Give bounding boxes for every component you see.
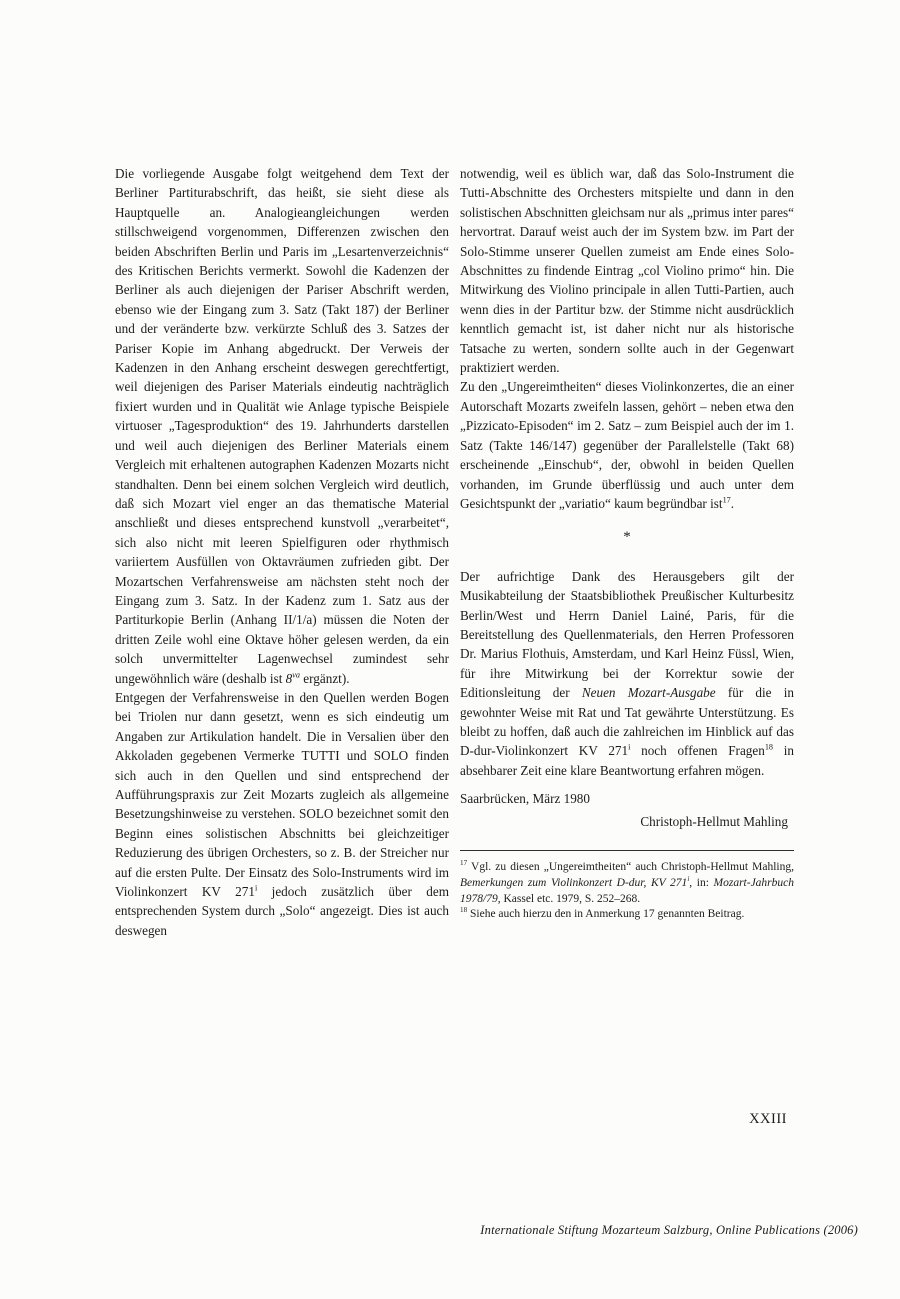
- paragraph-edition-sources: Die vorliegende Ausgabe folgt weitgehend…: [115, 164, 449, 688]
- text-run: Der aufrichtige Dank des Herausgebers gi…: [460, 569, 794, 700]
- scanned-document-page: Die vorliegende Ausgabe folgt weitgehend…: [0, 0, 900, 1299]
- right-column: notwendig, weil es üblich war, daß das S…: [460, 164, 794, 940]
- footnote-18: 18 Siehe auch hierzu den in Anmerkung 17…: [460, 907, 794, 923]
- footnote-17: 17 Vgl. zu diesen „Ungereimtheiten“ auch…: [460, 860, 794, 907]
- paragraph-solo-continuation: notwendig, weil es üblich war, daß das S…: [460, 164, 794, 377]
- section-separator-asterisk: *: [460, 528, 794, 547]
- paragraph-acknowledgements: Der aufrichtige Dank des Herausgebers gi…: [460, 567, 794, 780]
- page-number: XXIII: [460, 1111, 794, 1128]
- footer-credit: Internationale Stiftung Mozarteum Salzbu…: [480, 1223, 858, 1238]
- left-column: Die vorliegende Ausgabe folgt weitgehend…: [115, 164, 449, 940]
- text-columns: Die vorliegende Ausgabe folgt weitgehend…: [0, 0, 900, 940]
- dateline: Saarbrücken, März 1980: [460, 789, 794, 808]
- text-run: ergänzt).: [300, 671, 350, 686]
- text-run: notwendig, weil es üblich war, daß das S…: [460, 166, 794, 375]
- text-run: Vgl. zu diesen „Ungereimtheiten“ auch Ch…: [467, 861, 794, 873]
- work-title-italic: Neuen Mozart-Ausgabe: [582, 685, 716, 700]
- text-run: Siehe auch hierzu den in Anmerkung 17 ge…: [467, 908, 744, 920]
- footnote-ref-17: 17: [723, 496, 731, 505]
- footnote-ref-18: 18: [765, 743, 773, 752]
- text-run: Die vorliegende Ausgabe folgt weitgehend…: [115, 166, 449, 686]
- text-run: Zu den „Ungereimtheiten“ dieses Violinko…: [460, 379, 794, 510]
- text-run: noch offenen Fragen: [630, 743, 764, 758]
- text-run: Entgegen der Verfahrensweise in den Quel…: [115, 690, 449, 899]
- text-run: , in:: [689, 877, 713, 889]
- cited-title-italic: Bemerkungen zum Violinkonzert D-dur, KV …: [460, 877, 687, 889]
- signature-author: Christoph-Hellmut Mahling: [460, 812, 794, 831]
- paragraph-tutti-solo: Entgegen der Verfahrensweise in den Quel…: [115, 688, 449, 940]
- text-run: .: [731, 496, 734, 511]
- text-run: , Kassel etc. 1979, S. 252–268.: [498, 893, 640, 905]
- paragraph-ungereimtheiten: Zu den „Ungereimtheiten“ dieses Violinko…: [460, 377, 794, 513]
- superscript-ottava: va: [292, 670, 300, 679]
- footnotes-block: 17 Vgl. zu diesen „Ungereimtheiten“ auch…: [460, 850, 794, 923]
